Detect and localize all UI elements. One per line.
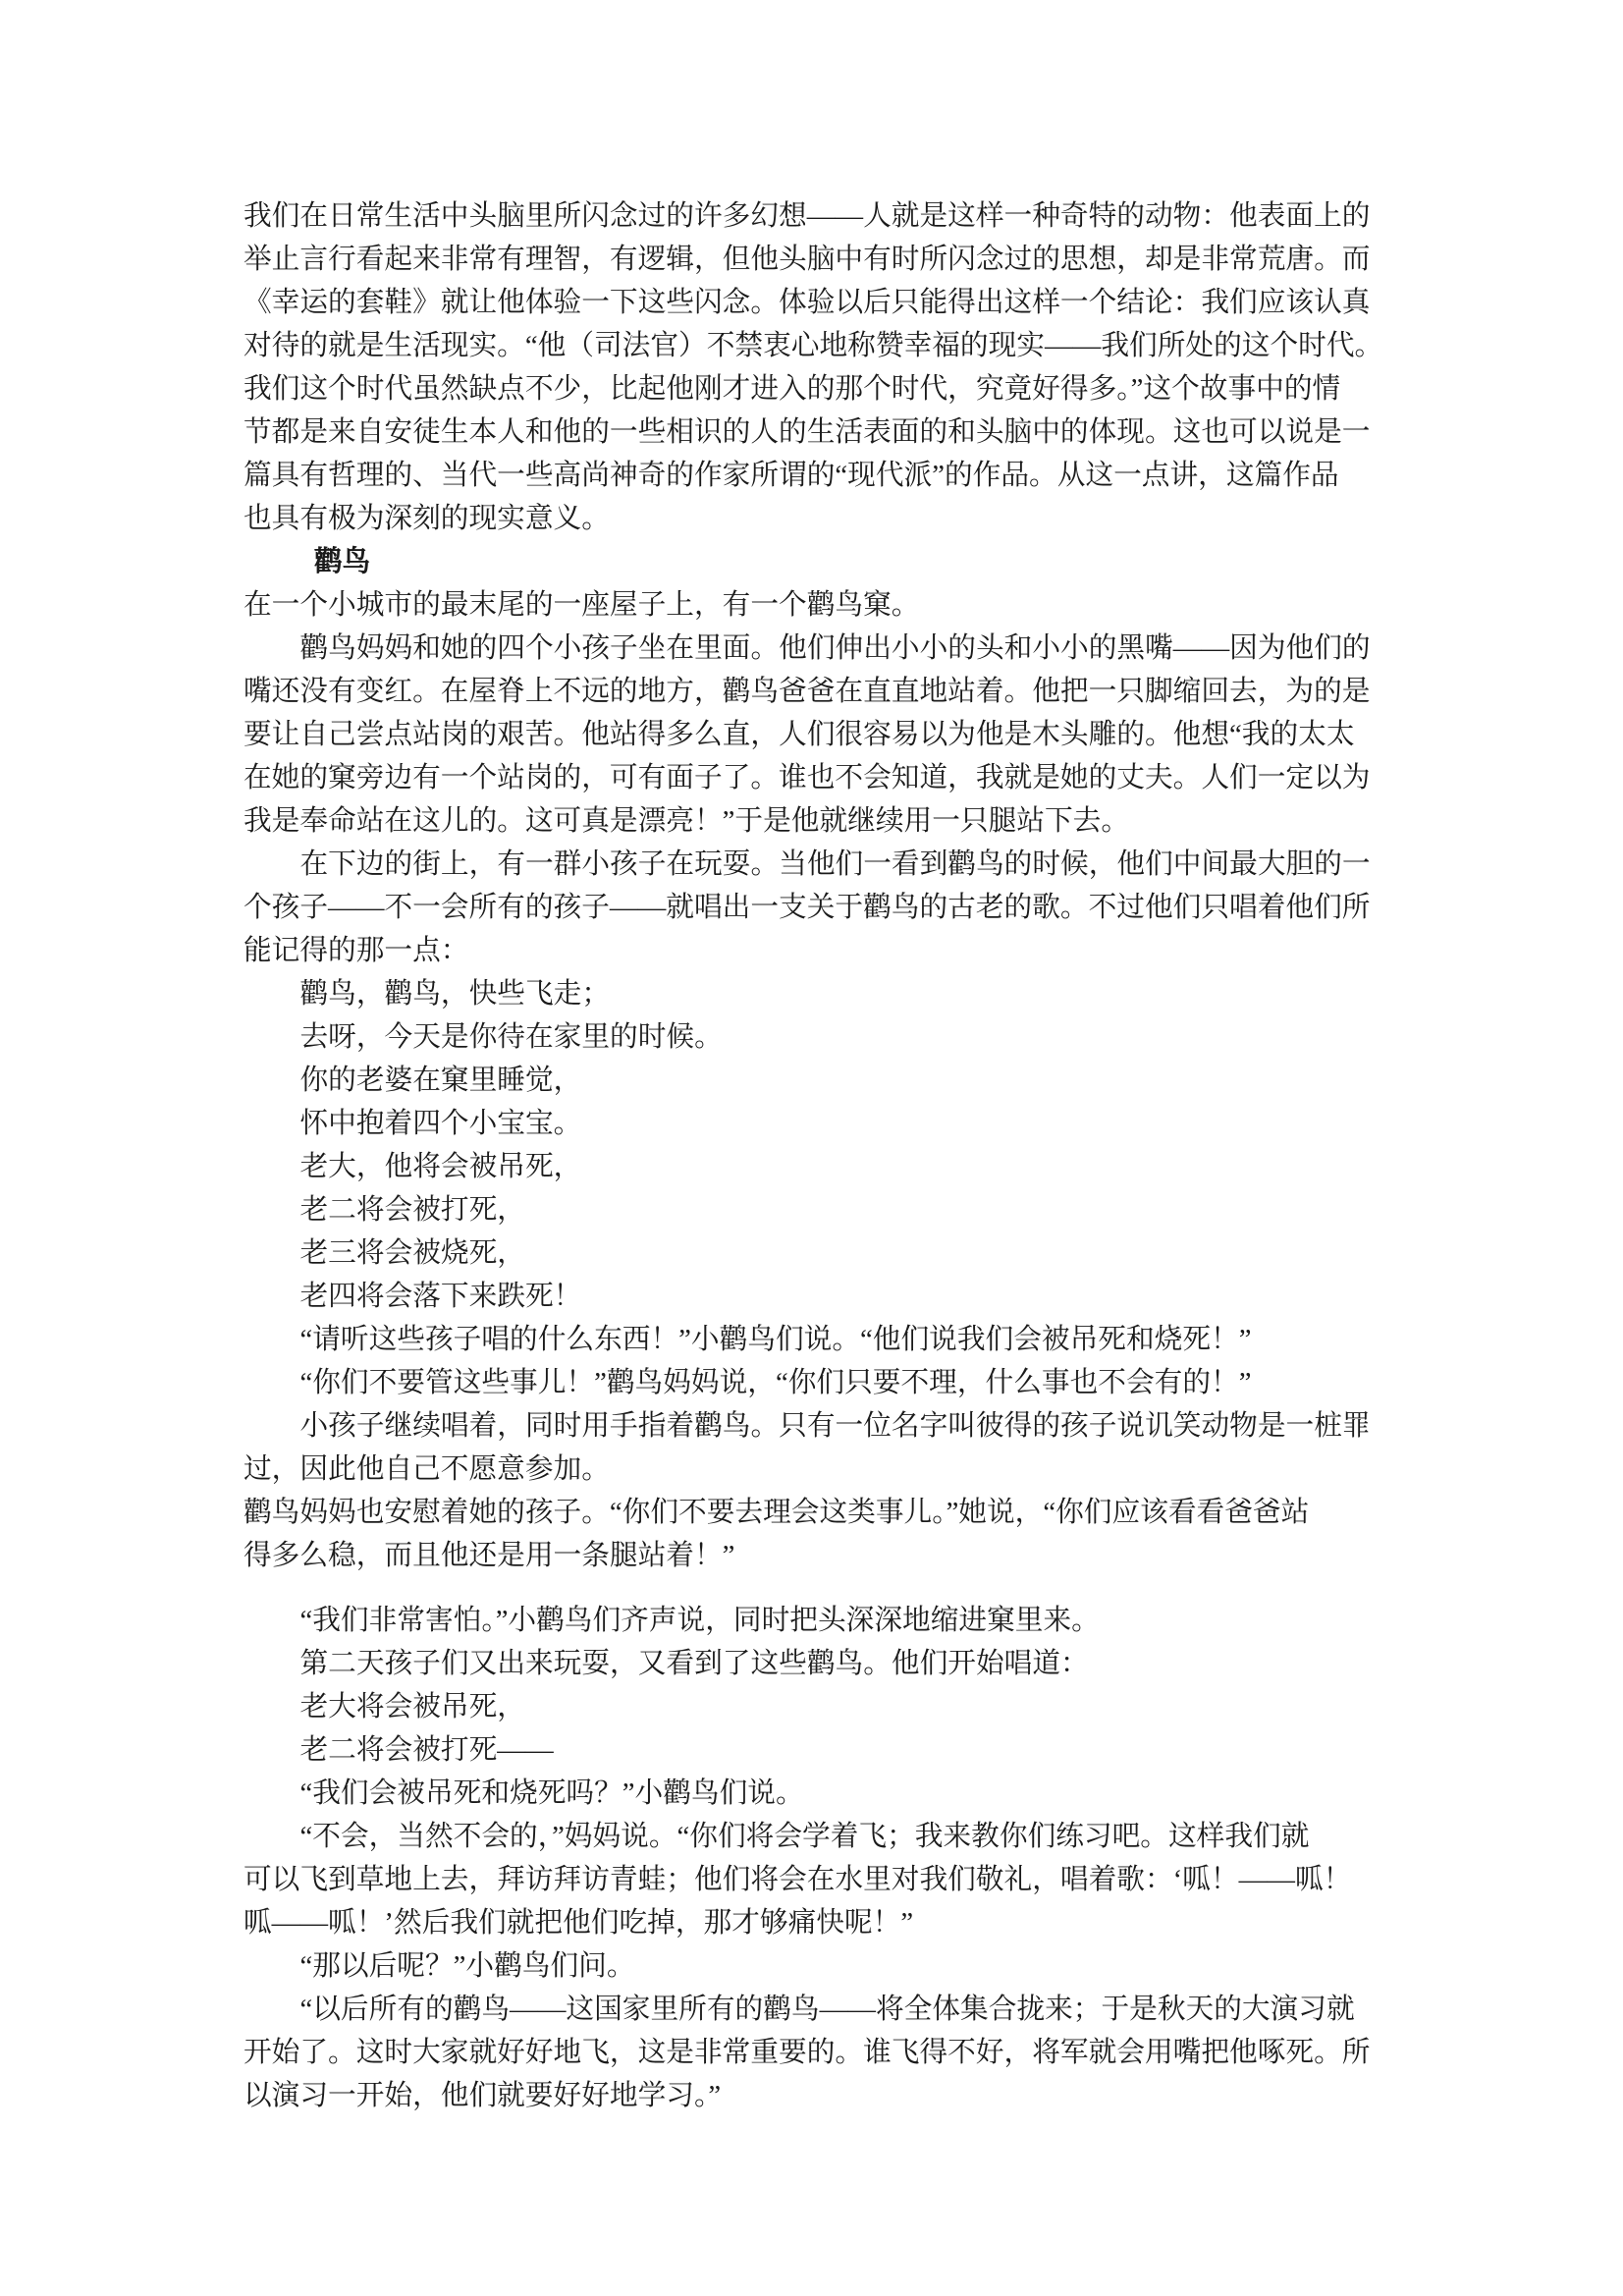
- text-line: 第二天孩子们又出来玩耍，又看到了这些鹳鸟。他们开始唱道：: [243, 1642, 1382, 1685]
- text-line: 可以飞到草地上去，拜访拜访青蛙；他们将会在水里对我们敬礼，唱着歌：‘呱！——呱！: [243, 1858, 1382, 1901]
- story-title: 鹳鸟: [243, 540, 1382, 583]
- text-line: 鹳鸟，鹳鸟，快些飞走；: [243, 972, 1382, 1015]
- text-line: “你们不要管这些事儿！”鹳鸟妈妈说，“你们只要不理，什么事也不会有的！”: [243, 1361, 1382, 1404]
- text-line: 节都是来自安徒生本人和他的一些相识的人的生活表面的和头脑中的体现。这也可以说是一: [243, 410, 1382, 454]
- text-line: 老四将会落下来跌死！: [243, 1275, 1382, 1318]
- text-line: 你的老婆在窠里睡觉，: [243, 1059, 1382, 1102]
- text-line: “那以后呢？”小鹳鸟们问。: [243, 1944, 1382, 1988]
- text-line: 举止言行看起来非常有理智，有逻辑，但他头脑中有时所闪念过的思想，却是非常荒唐。而: [243, 238, 1382, 281]
- text-line: 以演习一开始，他们就要好好地学习。”: [243, 2074, 1382, 2117]
- text-line: 也具有极为深刻的现实意义。: [243, 497, 1382, 540]
- text-line: 小孩子继续唱着，同时用手指着鹳鸟。只有一位名字叫彼得的孩子说讥笑动物是一桩罪: [243, 1404, 1382, 1448]
- text-line: 篇具有哲理的、当代一些高尚神奇的作家所谓的“现代派”的作品。从这一点讲，这篇作品: [243, 454, 1382, 497]
- text-line: 呱——呱！’然后我们就把他们吃掉，那才够痛快呢！”: [243, 1901, 1382, 1944]
- text-line: “不会，当然不会的，”妈妈说。“你们将会学着飞；我来教你们练习吧。这样我们就: [243, 1815, 1382, 1858]
- text-line: 在她的窠旁边有一个站岗的，可有面子了。谁也不会知道，我就是她的丈夫。人们一定以为: [243, 756, 1382, 799]
- text-line: 《幸运的套鞋》就让他体验一下这些闪念。体验以后只能得出这样一个结论：我们应该认真: [243, 281, 1382, 324]
- text-line: 嘴还没有变红。在屋脊上不远的地方，鹳鸟爸爸在直直地站着。他把一只脚缩回去，为的是: [243, 670, 1382, 713]
- text-line: 老大，他将会被吊死，: [243, 1145, 1382, 1188]
- text-line: 我是奉命站在这儿的。这可真是漂亮！”于是他就继续用一只腿站下去。: [243, 799, 1382, 843]
- text-line: 鹳鸟妈妈也安慰着她的孩子。“你们不要去理会这类事儿。”她说，“你们应该看看爸爸站: [243, 1491, 1382, 1534]
- text-line: 去呀，今天是你待在家里的时候。: [243, 1015, 1382, 1059]
- text-line: 在下边的街上，有一群小孩子在玩耍。当他们一看到鹳鸟的时候，他们中间最大胆的一: [243, 843, 1382, 886]
- text-line: 得多么稳，而且他还是用一条腿站着！”: [243, 1534, 1382, 1577]
- text-line: 老二将会被打死——: [243, 1728, 1382, 1772]
- document-text: 我们在日常生活中头脑里所闪念过的许多幻想——人就是这样一种奇特的动物：他表面上的…: [243, 194, 1382, 2117]
- text-line: 老三将会被烧死，: [243, 1231, 1382, 1275]
- text-line: 对待的就是生活现实。“他（司法官）不禁衷心地称赞幸福的现实——我们所处的这个时代…: [243, 324, 1382, 367]
- text-line: 能记得的那一点：: [243, 929, 1382, 972]
- text-line: 要让自己尝点站岗的艰苦。他站得多么直，人们很容易以为他是木头雕的。他想“我的太太: [243, 713, 1382, 756]
- text-line: 在一个小城市的最末尾的一座屋子上，有一个鹳鸟窠。: [243, 583, 1382, 627]
- text-line: 我们这个时代虽然缺点不少，比起他刚才进入的那个时代，究竟好得多。”这个故事中的情: [243, 367, 1382, 410]
- document-page: 我们在日常生活中头脑里所闪念过的许多幻想——人就是这样一种奇特的动物：他表面上的…: [0, 0, 1623, 2296]
- text-line: 老大将会被吊死，: [243, 1685, 1382, 1728]
- text-line: “请听这些孩子唱的什么东西！”小鹳鸟们说。“他们说我们会被吊死和烧死！”: [243, 1318, 1382, 1361]
- text-line: 开始了。这时大家就好好地飞，这是非常重要的。谁飞得不好，将军就会用嘴把他啄死。所: [243, 2031, 1382, 2074]
- blank-line: [243, 1577, 1382, 1599]
- text-line: “我们非常害怕。”小鹳鸟们齐声说，同时把头深深地缩进窠里来。: [243, 1599, 1382, 1642]
- text-line: 过，因此他自己不愿意参加。: [243, 1448, 1382, 1491]
- text-line: 个孩子——不一会所有的孩子——就唱出一支关于鹳鸟的古老的歌。不过他们只唱着他们所: [243, 886, 1382, 929]
- text-line: “我们会被吊死和烧死吗？”小鹳鸟们说。: [243, 1772, 1382, 1815]
- text-line: 鹳鸟妈妈和她的四个小孩子坐在里面。他们伸出小小的头和小小的黑嘴——因为他们的: [243, 627, 1382, 670]
- text-line: 怀中抱着四个小宝宝。: [243, 1102, 1382, 1145]
- text-line: 老二将会被打死，: [243, 1188, 1382, 1231]
- text-line: 我们在日常生活中头脑里所闪念过的许多幻想——人就是这样一种奇特的动物：他表面上的: [243, 194, 1382, 238]
- text-line: “以后所有的鹳鸟——这国家里所有的鹳鸟——将全体集合拢来；于是秋天的大演习就: [243, 1988, 1382, 2031]
